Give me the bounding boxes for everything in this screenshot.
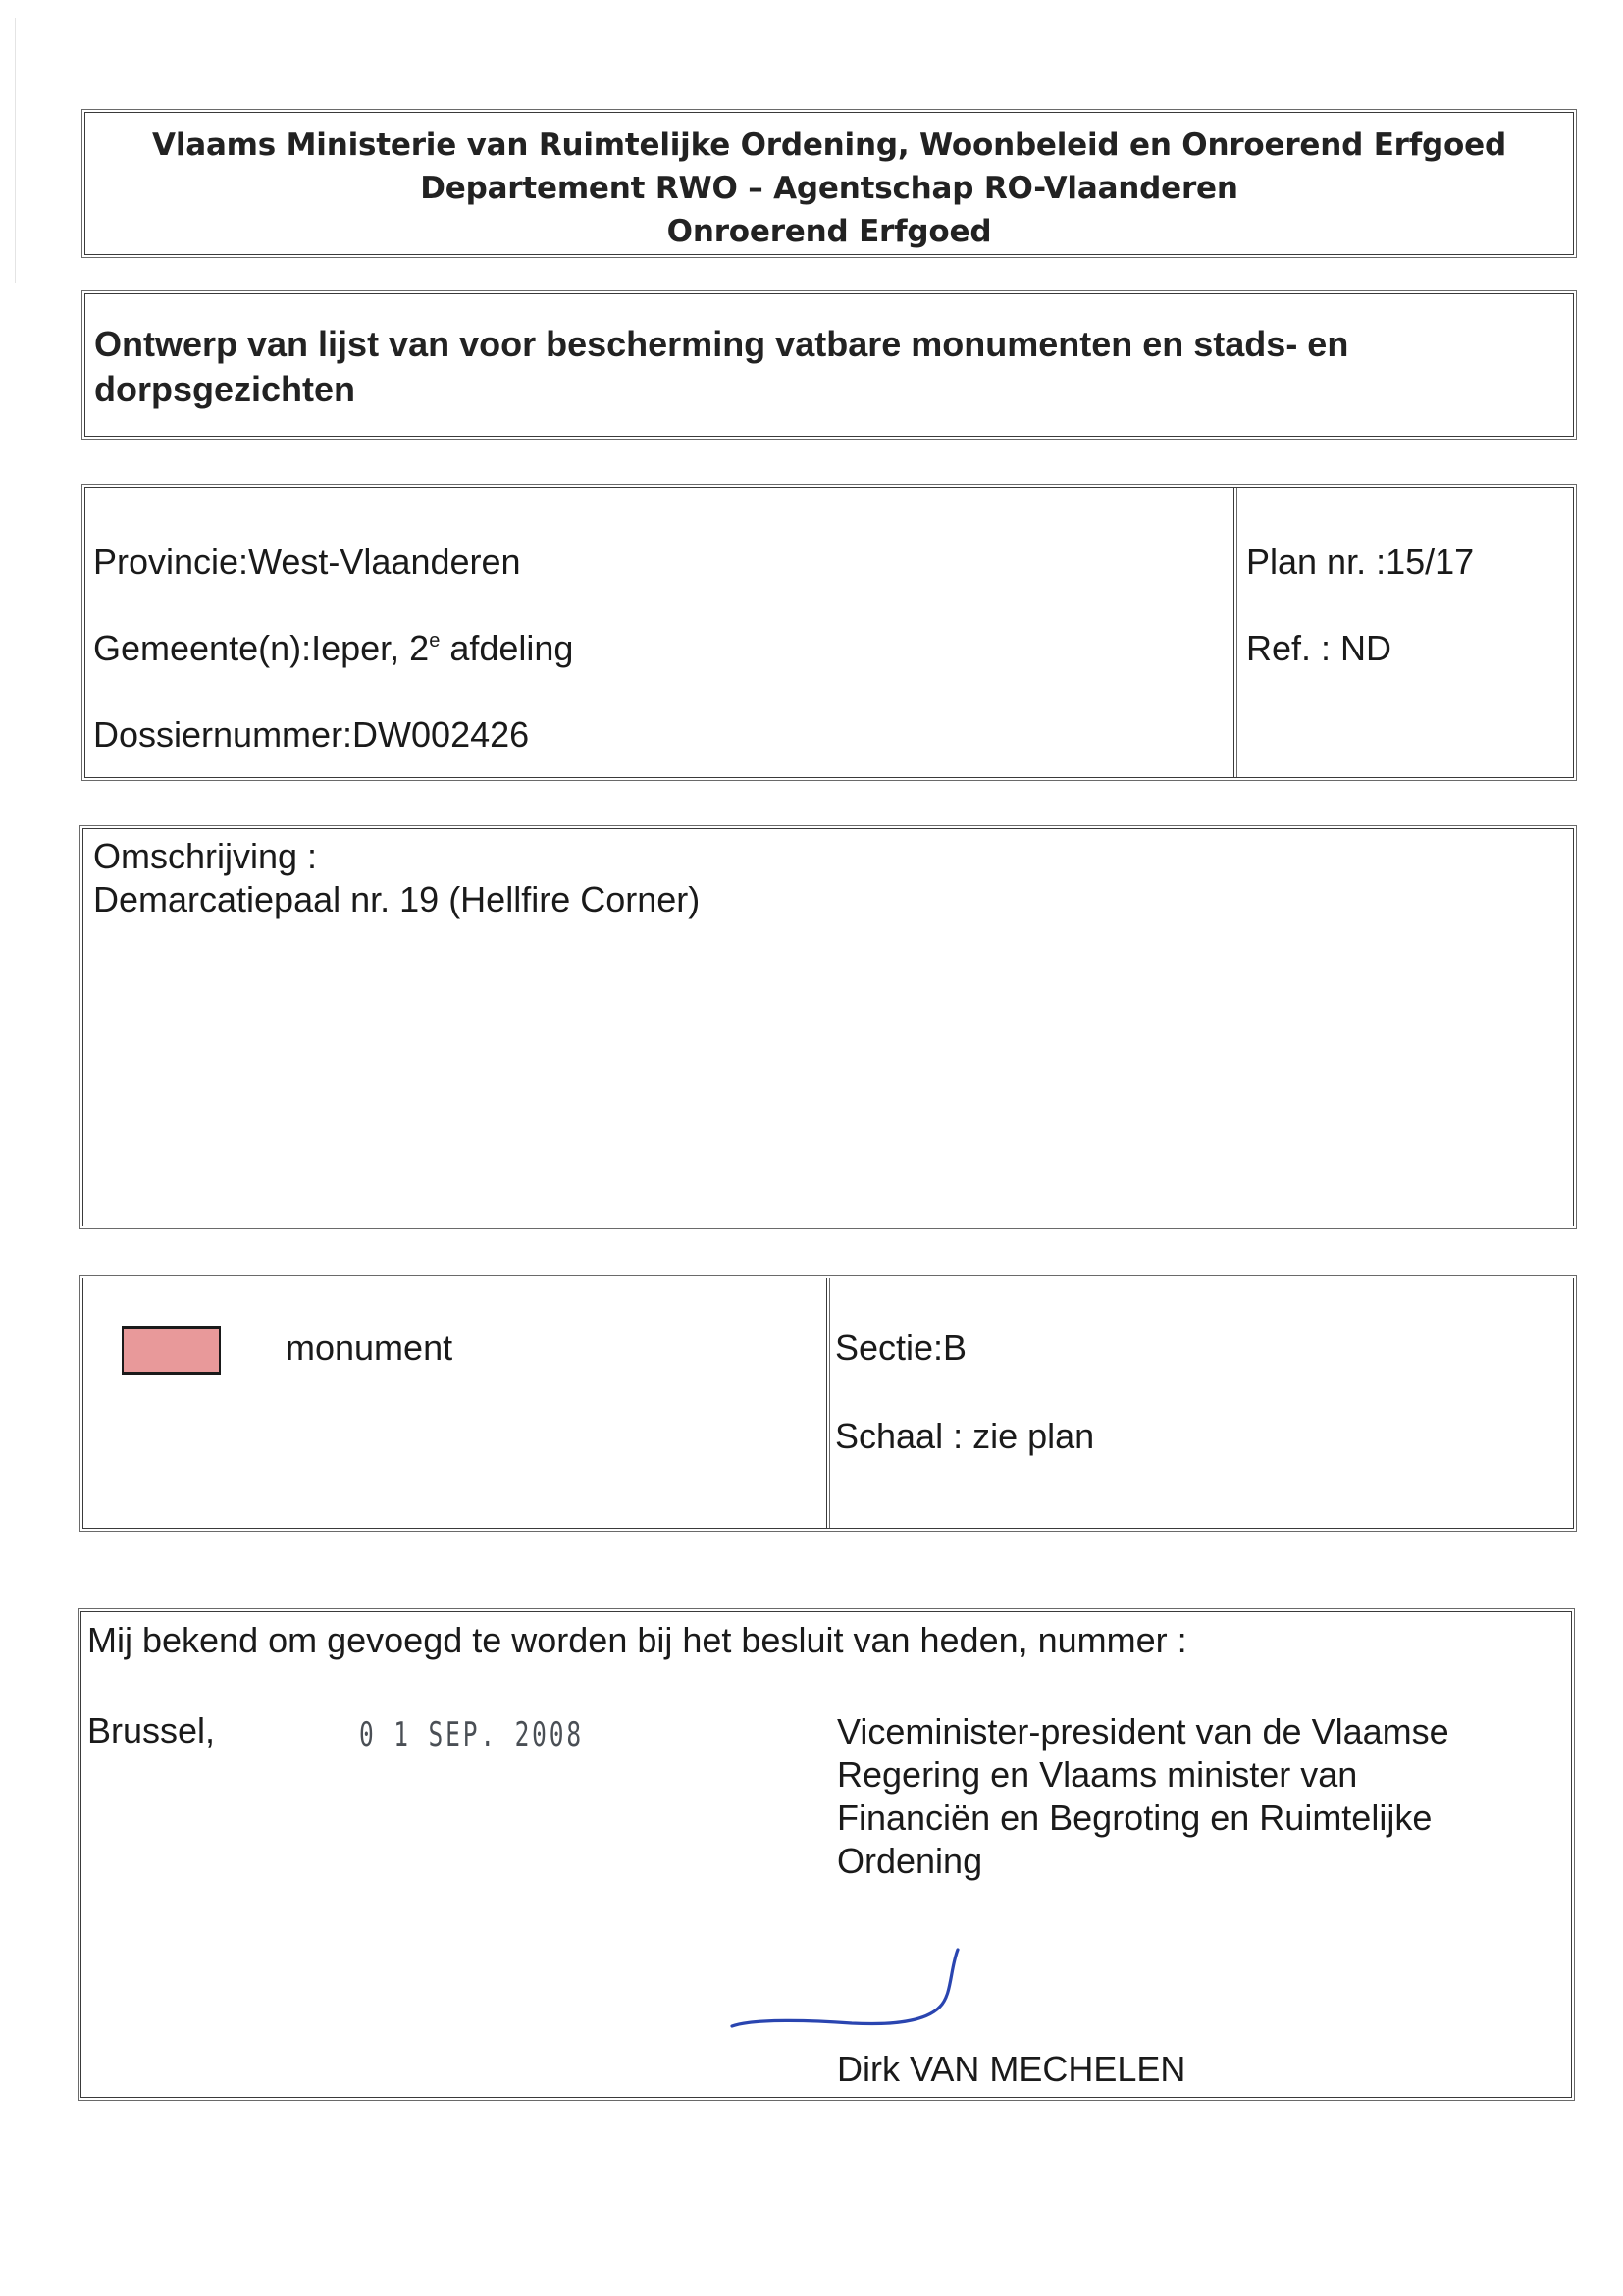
legend-label-monument: monument <box>286 1328 452 1369</box>
location-info-box: Provincie:West-Vlaanderen Gemeente(n):Ie… <box>84 487 1574 778</box>
statement-text: Mij bekend om gevoegd te worden bij het … <box>87 1620 1187 1661</box>
scan-edge-line <box>15 18 16 283</box>
description-box: Omschrijving : Demarcatiepaal nr. 19 (He… <box>82 828 1574 1226</box>
reference-field: Ref. : ND <box>1246 628 1391 669</box>
description-text: Demarcatiepaal nr. 19 (Hellfire Corner) <box>93 878 1573 921</box>
ministry-name: Vlaams Ministerie van Ruimtelijke Ordeni… <box>85 124 1573 167</box>
legend-box: monument Sectie:B Schaal : zie plan <box>82 1278 1574 1529</box>
plan-number-field: Plan nr. :15/17 <box>1246 542 1474 583</box>
document-title-line2: dorpsgezichten <box>94 367 1573 412</box>
signature-block: Mij bekend om gevoegd te worden bij het … <box>80 1611 1572 2098</box>
agency-name: Onroerend Erfgoed <box>85 210 1573 253</box>
place-text: Brussel, <box>87 1710 215 1751</box>
document-title: Ontwerp van lijst van voor bescherming v… <box>84 293 1574 437</box>
dossiernummer-field: Dossiernummer:DW002426 <box>93 714 529 756</box>
document-title-line1: Ontwerp van lijst van voor bescherming v… <box>94 322 1573 367</box>
minister-title: Viceminister-president van de Vlaamse Re… <box>837 1710 1449 1883</box>
department-name: Departement RWO – Agentschap RO-Vlaander… <box>85 167 1573 210</box>
provincie-field: Provincie:West-Vlaanderen <box>93 542 521 583</box>
sectie-field: Sectie:B <box>835 1328 967 1369</box>
description-label: Omschrijving : <box>93 835 1573 878</box>
handwritten-signature <box>646 1946 979 2034</box>
signatory-name: Dirk VAN MECHELEN <box>837 2049 1185 2090</box>
gemeente-field: Gemeente(n):Ieper, 2e afdeling <box>93 628 573 669</box>
date-stamp: 0 1 SEP. 2008 <box>359 1715 584 1754</box>
schaal-field: Schaal : zie plan <box>835 1416 1094 1457</box>
monument-color-swatch <box>122 1326 221 1375</box>
ministry-header: Vlaams Ministerie van Ruimtelijke Ordeni… <box>84 112 1574 255</box>
column-divider <box>826 1278 830 1528</box>
column-divider <box>1233 488 1237 777</box>
